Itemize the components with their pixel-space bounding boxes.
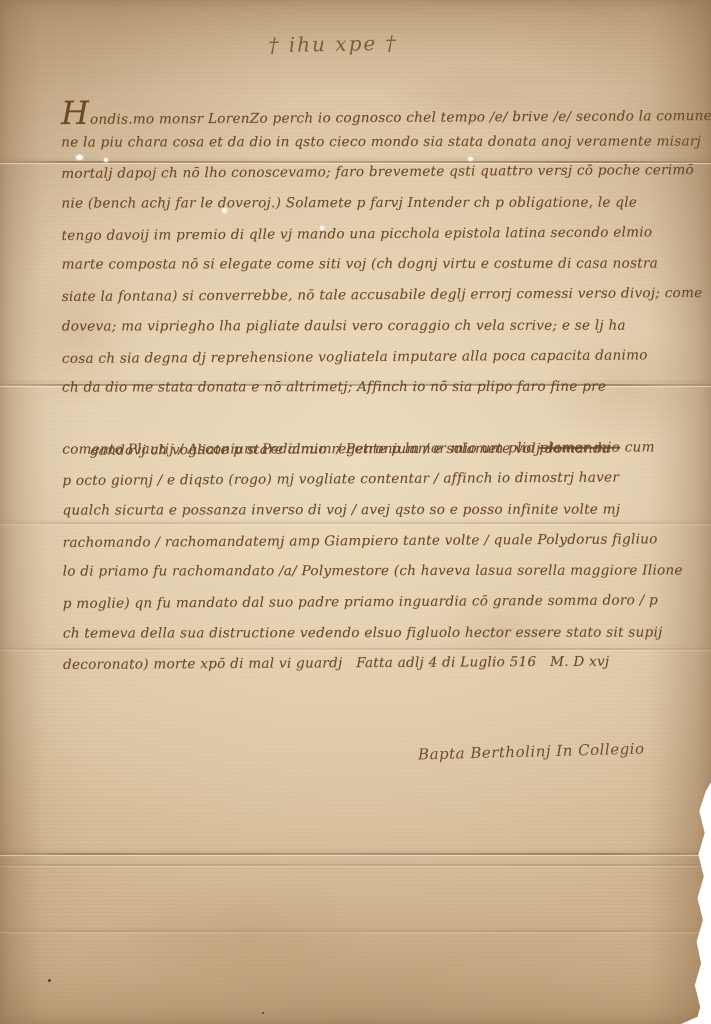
- letter-line: cosa ch sia degna dj reprehensione vogli…: [62, 340, 696, 375]
- letter-line: mortalj dapoj ch nō lho conoscevamo; far…: [61, 155, 695, 190]
- manuscript-photo: † ihu xpe † Hondis.mo monsr LorenZo perc…: [0, 0, 711, 1024]
- letter-line: comento Plautij / Asconium Pedianum / Pe…: [62, 433, 696, 465]
- letter-line: ch da dio me stata donata e nō altrimetj…: [62, 372, 696, 404]
- letter-line: doveva; ma vipriegho lha pigliate daulsi…: [62, 310, 696, 342]
- letter-line: ch temeva della sua distructione vedendo…: [63, 617, 697, 649]
- letter-line: ne la piu chara cosa et da dio in qsto c…: [61, 126, 695, 158]
- invocation-cross-header: † ihu xpe †: [228, 30, 438, 58]
- letter-line: p octo giornj / e diqsto (rogo) mj vogli…: [62, 462, 696, 497]
- letter-line: nie (bench achj far le doveroj.) Solamet…: [61, 188, 695, 220]
- letter-line: marte composta nō si elegate come siti v…: [62, 249, 696, 281]
- letter-line: tengo davoij im premio di qlle vj mando …: [61, 217, 695, 252]
- letter-line: p moglie) qn fu mandato dal suo padre pr…: [63, 585, 697, 620]
- letter-line-with-strikethrough: gandovj ch vogliate p stare almio regent…: [62, 401, 696, 436]
- letter-line: siate la fontana) si converrebbe, nō tal…: [62, 278, 696, 313]
- letter-line: Hondis.mo monsr LorenZo perch io cognosc…: [61, 94, 695, 129]
- letter-line-dateline: decoronato) morte xpō di mal vi guardj F…: [63, 646, 697, 681]
- fold-crease: [0, 853, 711, 855]
- paper-speck: [262, 1012, 264, 1014]
- fold-crease: [0, 864, 711, 866]
- fold-crease: [0, 930, 711, 932]
- letter-line: rachomando / rachomandatemj amp Giampier…: [62, 524, 696, 559]
- letter-line: qualch sicurta e possanza inverso di voj…: [62, 494, 696, 526]
- letter-line: lo di priamo fu rachomandato /a/ Polymes…: [63, 556, 697, 588]
- paper-speck: [48, 979, 51, 982]
- letter-body: Hondis.mo monsr LorenZo perch io cognosc…: [61, 95, 697, 680]
